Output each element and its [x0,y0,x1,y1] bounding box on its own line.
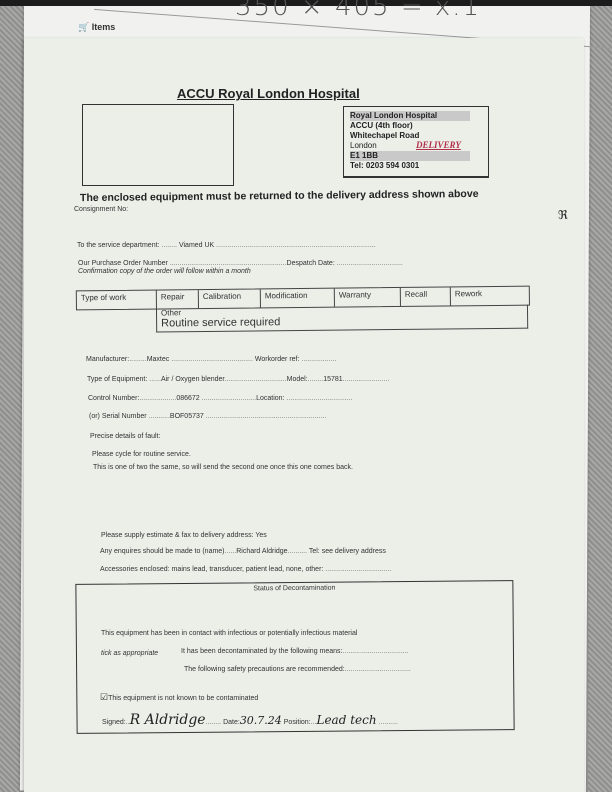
estimate-field: Please supply estimate & fax to delivery… [101,532,267,539]
work-option-rework[interactable]: Rework [451,287,529,306]
workorder-label: Workorder ref: [255,356,300,363]
fault-line-1: Please cycle for routine service. [92,451,191,458]
decontaminated-line: It has been decontaminated by the follow… [181,648,409,655]
date-value[interactable]: 30.7.24 [240,714,282,727]
manufacturer-field: Manufacturer:.........Maxtec ...........… [86,356,336,363]
basket-icon: 🛒 [78,22,89,32]
serial-number-value[interactable]: BOF05737 [170,413,204,420]
type-of-work-label: Type of work [77,291,157,310]
tick-label: tick as appropriate [101,650,158,657]
control-number-field: Control Number:...................086672… [88,395,353,402]
other-value: Routine service required [161,314,523,330]
model-value[interactable]: 15781 [323,376,342,383]
address-line: Tel: 0203 594 0301 [350,161,482,171]
position-value[interactable]: Lead tech [316,713,376,727]
delivery-address-box: Royal London Hospital ACCU (4th floor) W… [343,106,489,178]
margin-pen-mark: ℜ [558,208,568,222]
serial-number-field: (or) Serial Number ...........BOF05737 .… [89,413,326,420]
table-surface-right [588,0,612,792]
consignment-label: Consignment No: [74,206,128,213]
work-option-recall[interactable]: Recall [401,287,451,306]
address-line: E1 1BB [350,151,470,161]
estimate-value[interactable]: Yes [255,532,266,539]
fault-line-2: This is one of two the same, so will sen… [93,464,353,471]
logo-placeholder-box [82,104,234,186]
checkbox-checked-icon[interactable]: ☑ [100,692,108,702]
address-line: ACCU (4th floor) [350,121,482,131]
control-number-value[interactable]: 086672 [176,395,199,402]
enquiries-field: Any enquires should be made to (name)...… [100,548,386,555]
accessories-field: Accessories enclosed: mains lead, transd… [100,566,391,573]
other-work-cell[interactable]: Other Routine service required [156,305,528,333]
manufacturer-value[interactable]: Maxtec [147,356,170,363]
precautions-line: The following safety precautions are rec… [184,666,411,673]
despatch-label: Despatch Date: [287,260,335,267]
model-label: Model: [287,376,308,383]
equipment-type-value[interactable]: Air / Oxygen blender [161,376,224,383]
work-option-repair[interactable]: Repair [157,290,199,308]
form-title: ACCU Royal London Hospital [177,86,360,101]
work-option-calibration[interactable]: Calibration [199,289,261,308]
equipment-type-field: Type of Equipment: ......Air / Oxygen bl… [87,376,389,383]
po-field: Our Purchase Order Number ..............… [78,260,403,267]
handwritten-note: 350 × 405 = x.1 [235,0,481,22]
work-option-modification[interactable]: Modification [261,289,335,308]
service-dept-field: To the service department: ........ Viam… [77,242,376,249]
contact-line: This equipment has been in contact with … [101,630,357,637]
not-contaminated-line: ☑This equipment is not known to be conta… [100,692,258,703]
address-line: Royal London Hospital [350,111,470,121]
delivery-stamp: DELIVERY [416,140,461,150]
signature-row: Signed:..R Aldridge........ Date:30.7.24… [102,712,398,728]
enquiries-name[interactable]: Richard Aldridge [236,548,287,555]
work-option-warranty[interactable]: Warranty [335,288,401,307]
confirmation-note: Confirmation copy of the order will foll… [78,268,251,275]
items-label: 🛒 Items [78,22,115,33]
location-label: Location: [256,395,284,402]
service-dept-value[interactable]: Viamed UK [179,242,214,249]
fault-label: Precise details of fault: [90,433,160,440]
decontamination-box: Status of Decontamination [75,580,514,734]
type-of-work-table: Type of work Repair Calibration Modifica… [76,286,530,335]
decontamination-title: Status of Decontamination [76,583,512,594]
signature-value[interactable]: R Aldridge [130,712,206,728]
enquiries-tel: Tel: see delivery address [309,548,386,555]
